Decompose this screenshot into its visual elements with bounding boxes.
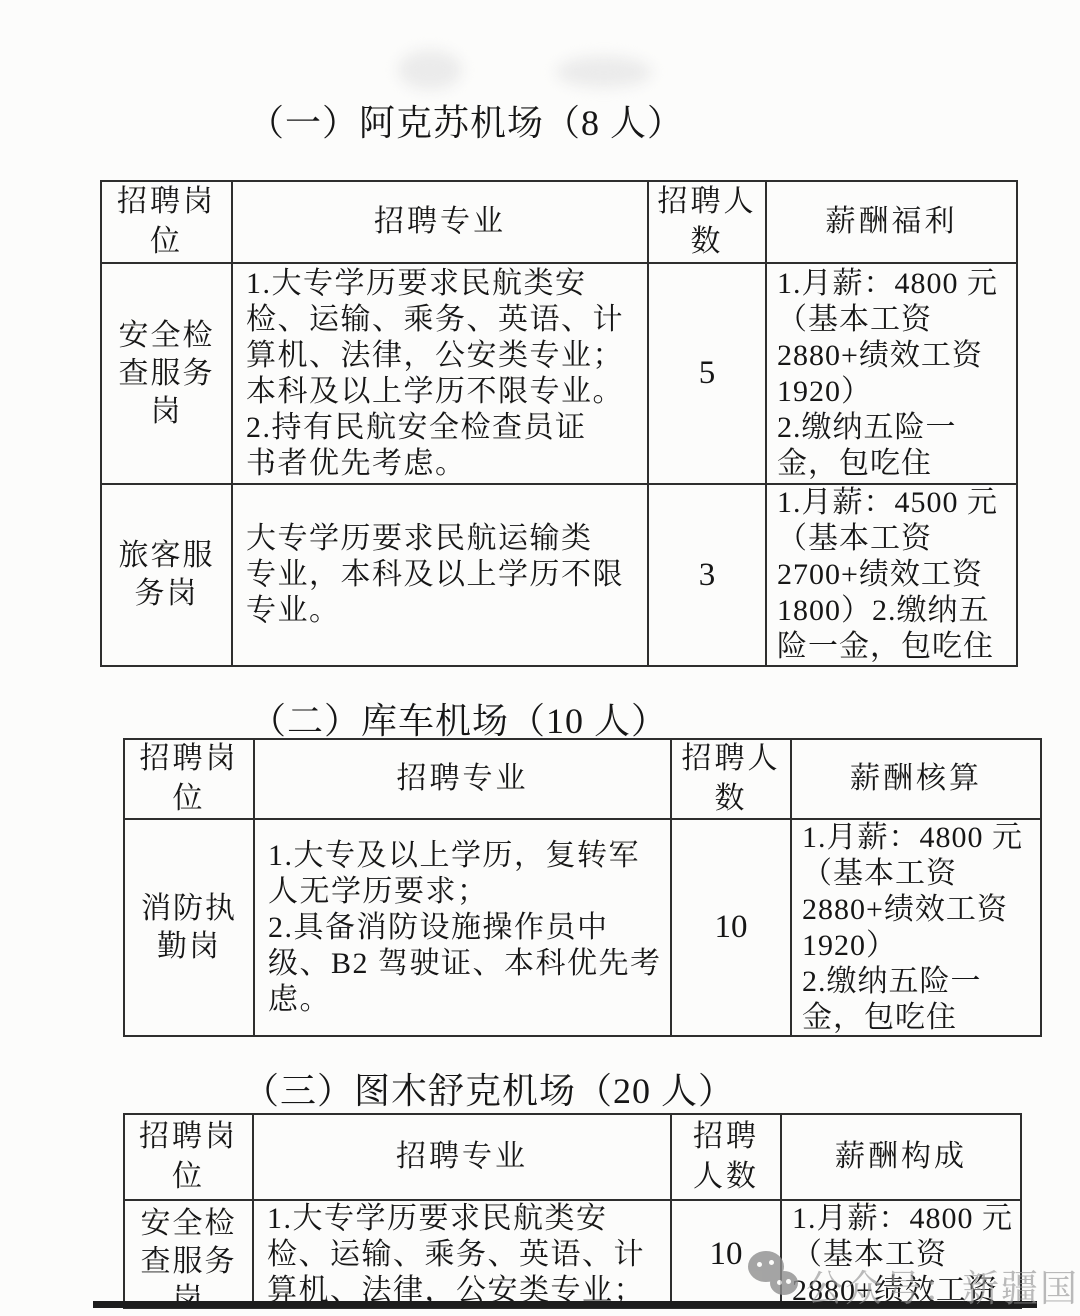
- header-cell-post: 招聘岗 位: [102, 182, 233, 264]
- post-cell: 安全检 查服务 岗: [102, 264, 233, 485]
- header-cell-major: 招聘专业: [233, 182, 649, 264]
- post-cell: 安全检 查服务 岗: [125, 1201, 254, 1309]
- header-cell-post: 招聘岗 位: [125, 740, 255, 820]
- page: （一）阿克苏机场（8 人） 招聘岗 位 招聘专业 招聘人 数 薪酬福利 安全检 …: [0, 0, 1080, 1316]
- header-cell-major: 招聘专业: [254, 1115, 672, 1201]
- recruitment-table-kuqa: 招聘岗 位 招聘专业 招聘人 数 薪酬核算 消防执 勤岗 1.大专及以上学历，复…: [123, 738, 1042, 1037]
- post-cell: 旅客服 务岗: [102, 485, 233, 667]
- salary-cell: 1.月薪：4800 元 （基本工资 2880+绩效工资 1920） 2.缴纳五险…: [792, 820, 1042, 1037]
- header-cell-salary: 薪酬核算: [792, 740, 1042, 820]
- chat-bubble-small: [770, 1271, 798, 1295]
- watermark-text: 公众号：新疆国资: [806, 1258, 1080, 1312]
- header-cell-major: 招聘专业: [255, 740, 672, 820]
- header-cell-salary: 薪酬构成: [782, 1115, 1022, 1201]
- major-cell: 1.大专学历要求民航类安 检、运输、乘务、英语、计 算机、法律，公安类专业； 本…: [233, 264, 649, 485]
- count-cell: 5: [649, 264, 767, 485]
- header-cell-count: 招聘人 数: [672, 740, 792, 820]
- smudge-blob: [398, 50, 462, 90]
- header-cell-count: 招聘人 数: [649, 182, 767, 264]
- count-cell: 10: [672, 820, 792, 1037]
- header-cell-salary: 薪酬福利: [767, 182, 1018, 264]
- major-cell: 1.大专及以上学历，复转军 人无学历要求； 2.具备消防设施操作员中 级、B2 …: [255, 820, 672, 1037]
- section-title-aksu: （一）阿克苏机场（8 人）: [248, 100, 684, 146]
- count-cell: 3: [649, 485, 767, 667]
- post-cell: 消防执 勤岗: [125, 820, 255, 1037]
- smudge-blob: [556, 56, 652, 88]
- salary-cell: 1.月薪：4500 元 （基本工资 2700+绩效工资 1800）2.缴纳五 险…: [767, 485, 1018, 667]
- salary-cell: 1.月薪：4800 元 （基本工资 2880+绩效工资 1920） 2.缴纳五险…: [767, 264, 1018, 485]
- major-cell: 大专学历要求民航运输类 专业，本科及以上学历不限 专业。: [233, 485, 649, 667]
- recruitment-table-aksu: 招聘岗 位 招聘专业 招聘人 数 薪酬福利 安全检 查服务 岗 1.大专学历要求…: [100, 180, 1018, 667]
- major-cell: 1.大专学历要求民航类安 检、运输、乘务、英语、计 算机、法律，公安类专业； 本…: [254, 1201, 672, 1309]
- section-title-tumxuk: （三）图木舒克机场（20 人）: [243, 1068, 735, 1114]
- header-cell-post: 招聘岗 位: [125, 1115, 254, 1201]
- wechat-icon: [748, 1251, 804, 1303]
- header-cell-count: 招聘 人数: [672, 1115, 782, 1201]
